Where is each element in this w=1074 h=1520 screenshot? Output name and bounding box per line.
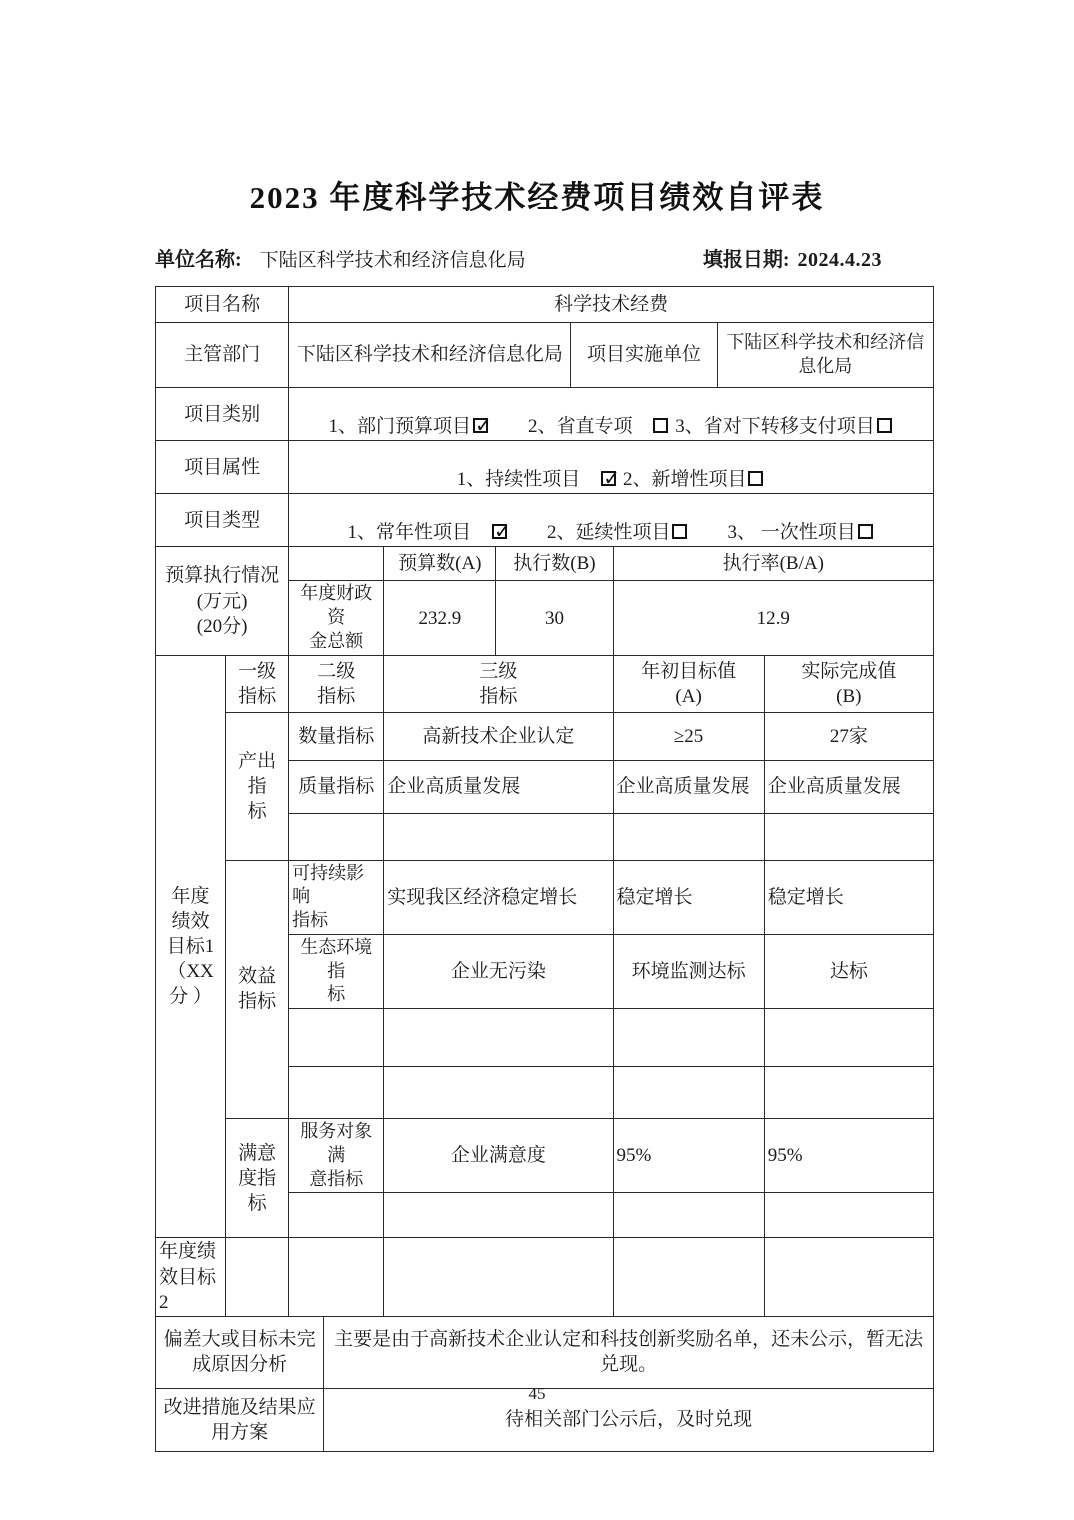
benefit-indicator-label: 效益 指标 xyxy=(226,860,289,1119)
empty-cell xyxy=(613,813,764,860)
empty-cell xyxy=(384,1067,613,1119)
attribute-label: 项目属性 xyxy=(156,441,289,494)
exec-col-header: 执行数(B) xyxy=(496,547,613,581)
checkbox-transfer-payment xyxy=(877,418,892,433)
budget-col-header: 预算数(A) xyxy=(384,547,496,581)
sustain-target: 稳定增长 xyxy=(613,860,764,934)
project-name-label: 项目名称 xyxy=(156,287,289,323)
type-label: 项目类型 xyxy=(156,494,289,547)
actual-header: 实际完成值 (B) xyxy=(764,655,933,712)
empty-cell xyxy=(764,813,933,860)
report-date: 填报日期:2024.4.23 xyxy=(703,243,882,272)
exec-amount: 30 xyxy=(496,581,613,655)
table-row: 效益 指标 可持续影响 指标 实现我区经济稳定增长 稳定增长 稳定增长 xyxy=(156,860,934,934)
category-options: 1、部门预算项目 2、省直专项 3、省对下转移支付项目 xyxy=(289,388,934,441)
eco-target: 环境监测达标 xyxy=(613,934,764,1008)
empty-cell xyxy=(289,813,384,860)
table-row: 项目属性 1、持续性项目 2、新增性项目 xyxy=(156,441,934,494)
empty-cell xyxy=(384,1193,613,1238)
rate-col-header: 执行率(B/A) xyxy=(613,547,933,581)
report-date-label: 填报日期: xyxy=(703,249,790,271)
sustain-actual: 稳定增长 xyxy=(764,860,933,934)
level3-header: 三级 指标 xyxy=(384,655,613,712)
table-row: 项目类别 1、部门预算项目 2、省直专项 3、省对下转移支付项目 xyxy=(156,388,934,441)
output-indicator-label: 产出指 标 xyxy=(226,712,289,860)
empty-cell xyxy=(226,1238,289,1316)
impl-unit-value: 下陆区科学技术和经济信息化局 xyxy=(717,323,933,388)
quality-target: 企业高质量发展 xyxy=(613,760,764,813)
type-option-3: 3、 一次性项目 xyxy=(689,522,855,543)
type-option-2: 2、延续性项目 xyxy=(509,522,671,543)
annual-funds-label: 年度财政资 金总额 xyxy=(289,581,384,655)
checkbox-dept-budget xyxy=(473,418,488,433)
empty-cell xyxy=(289,1238,384,1316)
dept-label: 主管部门 xyxy=(156,323,289,388)
evaluation-table: 项目名称 科学技术经费 主管部门 下陆区科学技术和经济信息化局 项目实施单位 下… xyxy=(155,286,934,1452)
attribute-option-1: 1、持续性项目 xyxy=(457,469,600,490)
quality-actual: 企业高质量发展 xyxy=(764,760,933,813)
service-indicator-label: 服务对象满 意指标 xyxy=(289,1119,384,1193)
level1-header: 一级 指标 xyxy=(226,655,289,712)
empty-cell xyxy=(289,1009,384,1067)
table-row: 年度 绩效 目标1 （XX 分 ） 一级 指标 二级 指标 三级 指标 年初目标… xyxy=(156,655,934,712)
table-row: 年度绩 效目标2 xyxy=(156,1238,934,1316)
empty-cell xyxy=(764,1009,933,1067)
table-row: 产出指 标 数量指标 高新技术企业认定 ≥25 27家 xyxy=(156,712,934,760)
attribute-options: 1、持续性项目 2、新增性项目 xyxy=(289,441,934,494)
empty-cell xyxy=(764,1193,933,1238)
dept-value: 下陆区科学技术和经济信息化局 xyxy=(289,323,571,388)
empty-cell xyxy=(289,1067,384,1119)
impl-unit-label: 项目实施单位 xyxy=(571,323,717,388)
goal2-label: 年度绩 效目标2 xyxy=(156,1238,226,1316)
empty-cell xyxy=(764,1067,933,1119)
checkbox-provincial-special xyxy=(653,418,668,433)
checkbox-annual xyxy=(492,524,507,539)
checkbox-continuous xyxy=(601,471,616,486)
eco-actual: 达标 xyxy=(764,934,933,1008)
table-row: 项目名称 科学技术经费 xyxy=(156,287,934,323)
budget-amount: 232.9 xyxy=(384,581,496,655)
checkbox-extended xyxy=(672,524,687,539)
service-indicator-name: 企业满意度 xyxy=(384,1119,613,1193)
eco-indicator-name: 企业无污染 xyxy=(384,934,613,1008)
empty-cell xyxy=(613,1009,764,1067)
quantity-actual: 27家 xyxy=(764,712,933,760)
page-number: 45 xyxy=(0,1384,1074,1404)
sustain-indicator-name: 实现我区经济稳定增长 xyxy=(384,860,613,934)
empty-cell xyxy=(613,1238,764,1316)
quantity-indicator-name: 高新技术企业认定 xyxy=(384,712,613,760)
exec-rate: 12.9 xyxy=(613,581,933,655)
unit-name-label: 单位名称: xyxy=(155,249,242,271)
target-header: 年初目标值 (A) xyxy=(613,655,764,712)
budget-section-label: 预算执行情况 (万元) (20分) xyxy=(156,547,289,655)
document-page: 2023 年度科学技术经费项目绩效自评表 单位名称:下陆区科学技术和经济信息化局… xyxy=(0,0,1074,1520)
empty-cell xyxy=(384,1009,613,1067)
quantity-target: ≥25 xyxy=(613,712,764,760)
table-row: 满意 度指 标 服务对象满 意指标 企业满意度 95% 95% xyxy=(156,1119,934,1193)
type-option-1: 1、常年性项目 xyxy=(347,522,490,543)
table-row: 项目类型 1、常年性项目 2、延续性项目 3、 一次性项目 xyxy=(156,494,934,547)
empty-cell xyxy=(289,547,384,581)
type-options: 1、常年性项目 2、延续性项目 3、 一次性项目 xyxy=(289,494,934,547)
unit-name: 单位名称:下陆区科学技术和经济信息化局 xyxy=(155,243,526,272)
service-target: 95% xyxy=(613,1119,764,1193)
checkbox-onetime xyxy=(858,524,873,539)
table-row: 主管部门 下陆区科学技术和经济信息化局 项目实施单位 下陆区科学技术和经济信息化… xyxy=(156,323,934,388)
level2-header: 二级 指标 xyxy=(289,655,384,712)
service-actual: 95% xyxy=(764,1119,933,1193)
page-title: 2023 年度科学技术经费项目绩效自评表 xyxy=(0,172,1074,217)
goal1-label: 年度 绩效 目标1 （XX 分 ） xyxy=(156,655,226,1238)
sustain-indicator-label: 可持续影响 指标 xyxy=(289,860,384,934)
empty-cell xyxy=(613,1193,764,1238)
table-row: 预算执行情况 (万元) (20分) 预算数(A) 执行数(B) 执行率(B/A) xyxy=(156,547,934,581)
deviation-label: 偏差大或目标未完 成原因分析 xyxy=(156,1316,324,1388)
category-label: 项目类别 xyxy=(156,388,289,441)
category-option-3: 3、省对下转移支付项目 xyxy=(670,416,874,437)
project-name-value: 科学技术经费 xyxy=(289,287,934,323)
deviation-content: 主要是由于高新技术企业认定和科技创新奖励名单，还未公示，暂无法兑现。 xyxy=(324,1316,934,1388)
table-row: 偏差大或目标未完 成原因分析 主要是由于高新技术企业认定和科技创新奖励名单，还未… xyxy=(156,1316,934,1388)
report-date-value: 2024.4.23 xyxy=(798,249,883,271)
satisfaction-indicator-label: 满意 度指 标 xyxy=(226,1119,289,1238)
eco-indicator-label: 生态环境指 标 xyxy=(289,934,384,1008)
empty-cell xyxy=(764,1238,933,1316)
quantity-indicator-label: 数量指标 xyxy=(289,712,384,760)
checkbox-new xyxy=(748,471,763,486)
empty-cell xyxy=(384,813,613,860)
category-option-2: 2、省直专项 xyxy=(490,416,652,437)
empty-cell xyxy=(613,1067,764,1119)
category-option-1: 1、部门预算项目 xyxy=(328,416,471,437)
unit-name-value: 下陆区科学技术和经济信息化局 xyxy=(260,250,526,271)
info-row: 单位名称:下陆区科学技术和经济信息化局 填报日期:2024.4.23 xyxy=(155,243,932,272)
quality-indicator-label: 质量指标 xyxy=(289,760,384,813)
quality-indicator-name: 企业高质量发展 xyxy=(384,760,613,813)
empty-cell xyxy=(384,1238,613,1316)
empty-cell xyxy=(289,1193,384,1238)
attribute-option-2: 2、新增性项目 xyxy=(618,469,746,490)
